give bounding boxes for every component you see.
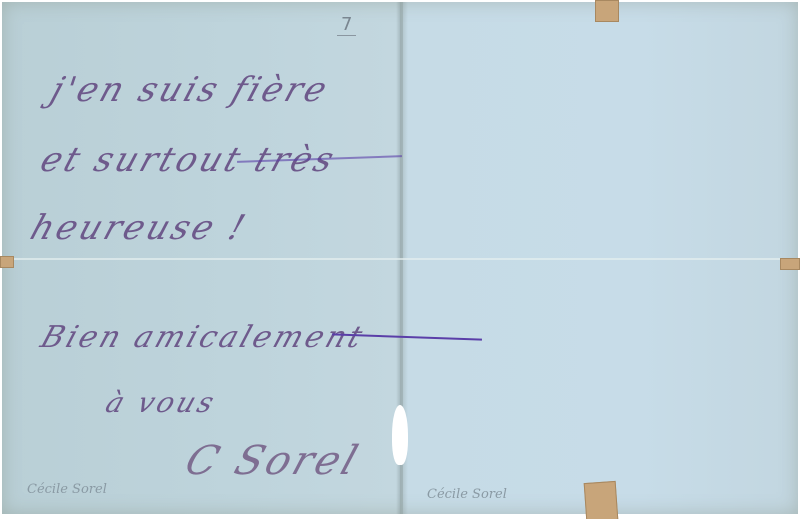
folio-number: 7 (337, 14, 356, 36)
tape-left (0, 256, 14, 268)
letter-line-4: Bien amicalement (36, 320, 369, 355)
tape-top (595, 0, 619, 22)
pencil-annotation-right: Cécile Sorel (427, 487, 507, 502)
letter-line-3: heureuse ! (26, 208, 253, 248)
paper-tear (392, 405, 408, 465)
tape-right (780, 258, 800, 270)
pencil-annotation-left: Cécile Sorel (27, 482, 107, 497)
tape-bottom (584, 481, 619, 519)
signature: C Sorel (180, 438, 366, 484)
letter-line-5: à vous (102, 386, 221, 419)
letter-line-1: j'en suis fière (46, 70, 335, 110)
